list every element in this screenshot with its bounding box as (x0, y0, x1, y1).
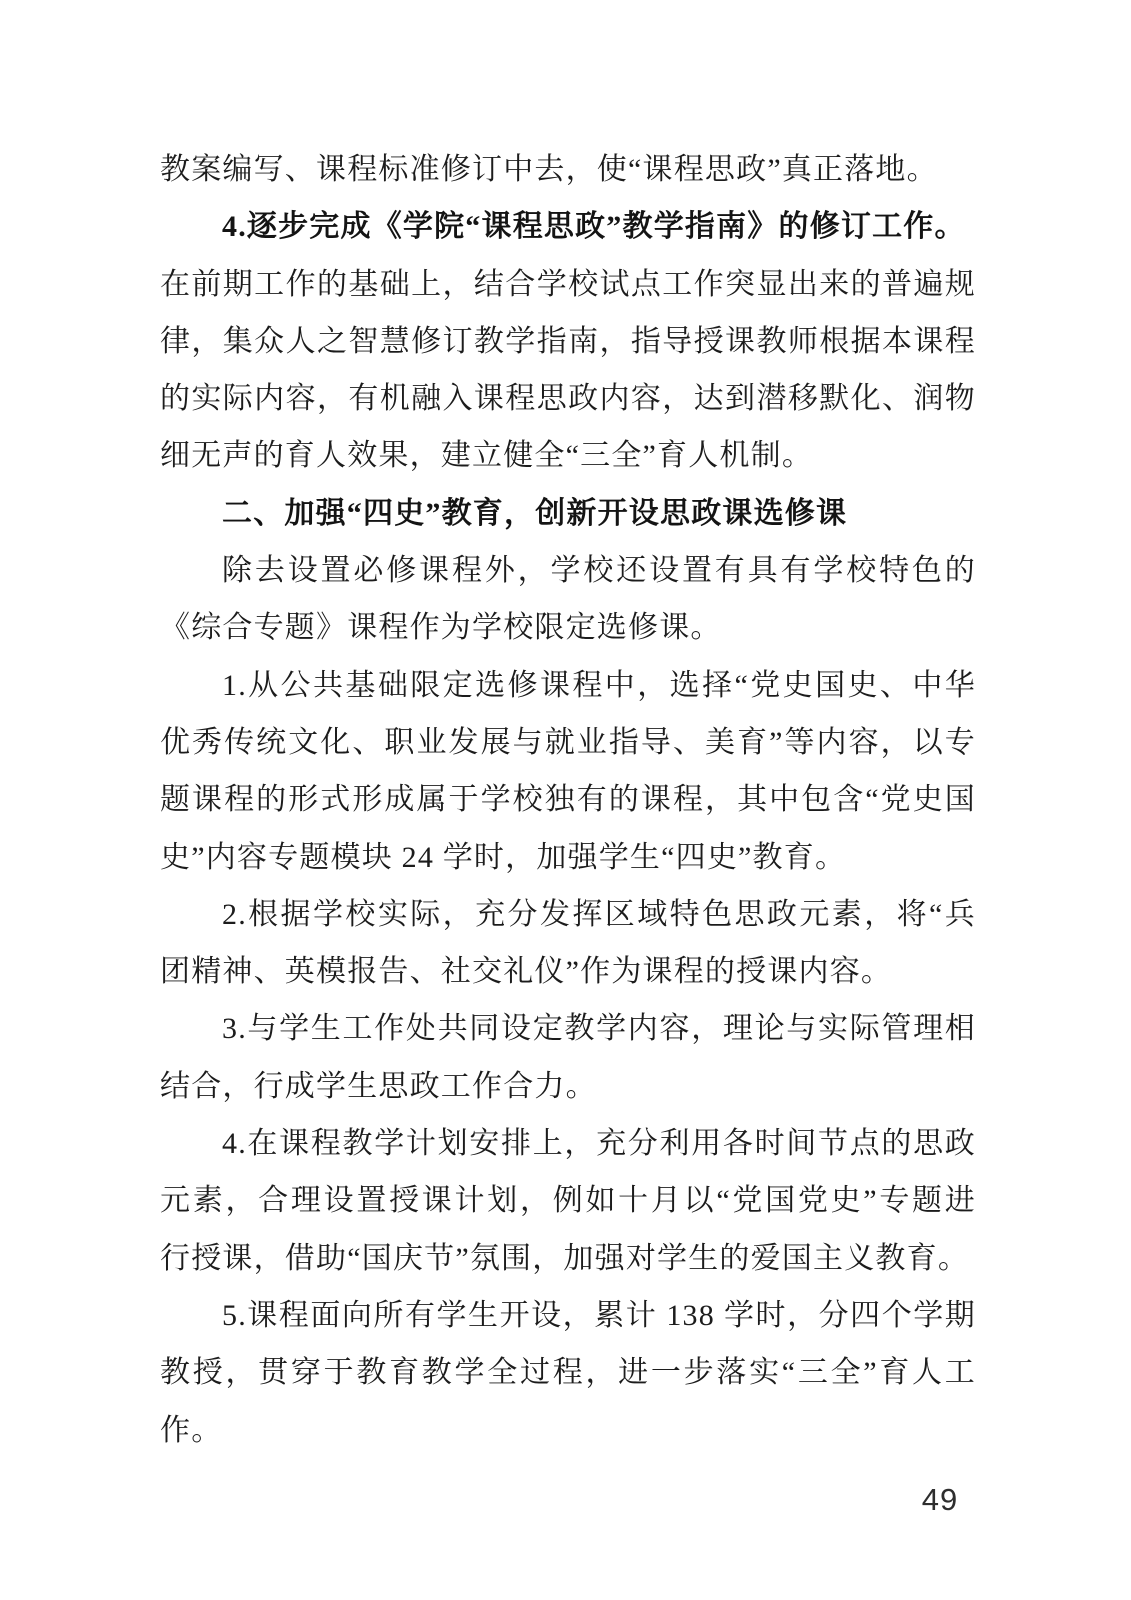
text-line: 教案编写、课程标准修订中去，使“课程思政”真正落地。 (160, 141, 976, 198)
document-page: 教案编写、课程标准修订中去，使“课程思政”真正落地。 4.逐步完成《学院“课程思… (0, 0, 1131, 1600)
text-line: 《综合专题》课程作为学校限定选修课。 (160, 599, 976, 656)
text-line: 行授课，借助“国庆节”氛围，加强对学生的爱国主义教育。 (160, 1230, 976, 1287)
text-line: 优秀传统文化、职业发展与就业指导、美育”等内容，以专 (160, 714, 976, 771)
text-line: 作。 (160, 1402, 976, 1459)
numbered-item-5-line: 5.课程面向所有学生开设，累计 138 学时，分四个学期 (160, 1287, 976, 1344)
numbered-item-3-line: 3.与学生工作处共同设定教学内容，理论与实际管理相 (160, 1000, 976, 1057)
numbered-item-2-line: 2.根据学校实际，充分发挥区域特色思政元素，将“兵 (160, 886, 976, 943)
numbered-item-1-line: 1.从公共基础限定选修课程中，选择“党史国史、中华 (160, 657, 976, 714)
text-line: 元素，合理设置授课计划，例如十月以“党国党史”专题进 (160, 1172, 976, 1229)
bold-item-4-line: 4.逐步完成《学院“课程思政”教学指南》的修订工作。 (160, 198, 976, 255)
document-text-block: 教案编写、课程标准修订中去，使“课程思政”真正落地。 4.逐步完成《学院“课程思… (160, 141, 976, 1459)
text-line: 的实际内容，有机融入课程思政内容，达到潜移默化、润物 (160, 370, 976, 427)
text-line: 题课程的形式形成属于学校独有的课程，其中包含“党史国 (160, 771, 976, 828)
text-line: 除去设置必修课程外，学校还设置有具有学校特色的 (160, 542, 976, 599)
page-number: 49 (898, 1482, 982, 1518)
text-line: 史”内容专题模块 24 学时，加强学生“四史”教育。 (160, 829, 976, 886)
section-heading: 二、加强“四史”教育，创新开设思政课选修课 (160, 485, 976, 542)
text-line: 律，集众人之智慧修订教学指南，指导授课教师根据本课程 (160, 313, 976, 370)
numbered-item-4-line: 4.在课程教学计划安排上，充分利用各时间节点的思政 (160, 1115, 976, 1172)
text-line: 团精神、英模报告、社交礼仪”作为课程的授课内容。 (160, 943, 976, 1000)
text-line: 细无声的育人效果，建立健全“三全”育人机制。 (160, 427, 976, 484)
text-line: 教授，贯穿于教育教学全过程，进一步落实“三全”育人工 (160, 1344, 976, 1401)
text-line: 在前期工作的基础上，结合学校试点工作突显出来的普遍规 (160, 256, 976, 313)
text-line: 结合，行成学生思政工作合力。 (160, 1058, 976, 1115)
